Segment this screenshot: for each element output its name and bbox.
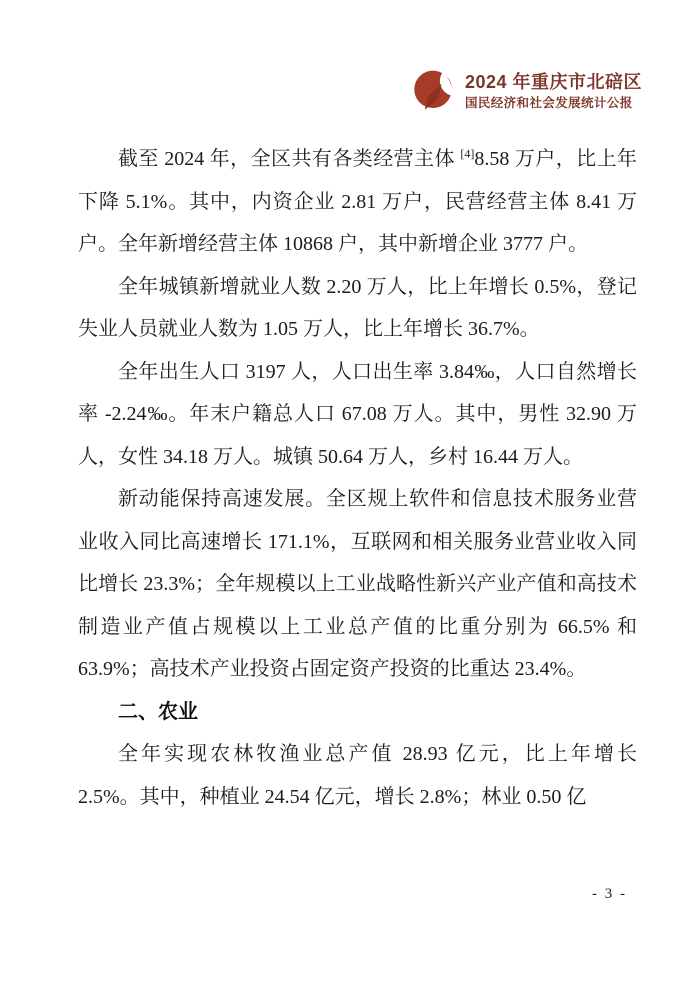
page-number: - 3 -	[592, 886, 627, 903]
paragraph-new-momentum: 新动能保持高速发展。全区规上软件和信息技术服务业营业收入同比高速增长 171.1…	[78, 478, 637, 691]
paragraph-agriculture-output: 全年实现农林牧渔业总产值 28.93 亿元，比上年增长 2.5%。其中，种植业 …	[78, 733, 637, 818]
paragraph-business-entities: 截至 2024 年，全区共有各类经营主体 [4]8.58 万户，比上年下降 5.…	[78, 138, 637, 266]
statistics-bureau-logo-icon	[409, 66, 455, 116]
document-body: 截至 2024 年，全区共有各类经营主体 [4]8.58 万户，比上年下降 5.…	[78, 138, 637, 818]
paragraph-population: 全年出生人口 3197 人，人口出生率 3.84‰，人口自然增长率 -2.24‰…	[78, 351, 637, 479]
paragraph-employment: 全年城镇新增就业人数 2.20 万人，比上年增长 0.5%，登记失业人员就业人数…	[78, 266, 637, 351]
document-header: 2024 年重庆市北碚区 国民经济和社会发展统计公报	[409, 66, 642, 116]
footnote-reference-4: [4]	[460, 146, 474, 160]
header-title-line1: 2024 年重庆市北碚区	[465, 72, 642, 93]
header-title-block: 2024 年重庆市北碚区 国民经济和社会发展统计公报	[465, 72, 642, 110]
document-page: 2024 年重庆市北碚区 国民经济和社会发展统计公报 截至 2024 年，全区共…	[0, 0, 700, 983]
header-title-line2: 国民经济和社会发展统计公报	[465, 96, 642, 110]
section-heading-agriculture: 二、农业	[78, 691, 637, 734]
paragraph-text: 截至 2024 年，全区共有各类经营主体	[118, 148, 460, 170]
